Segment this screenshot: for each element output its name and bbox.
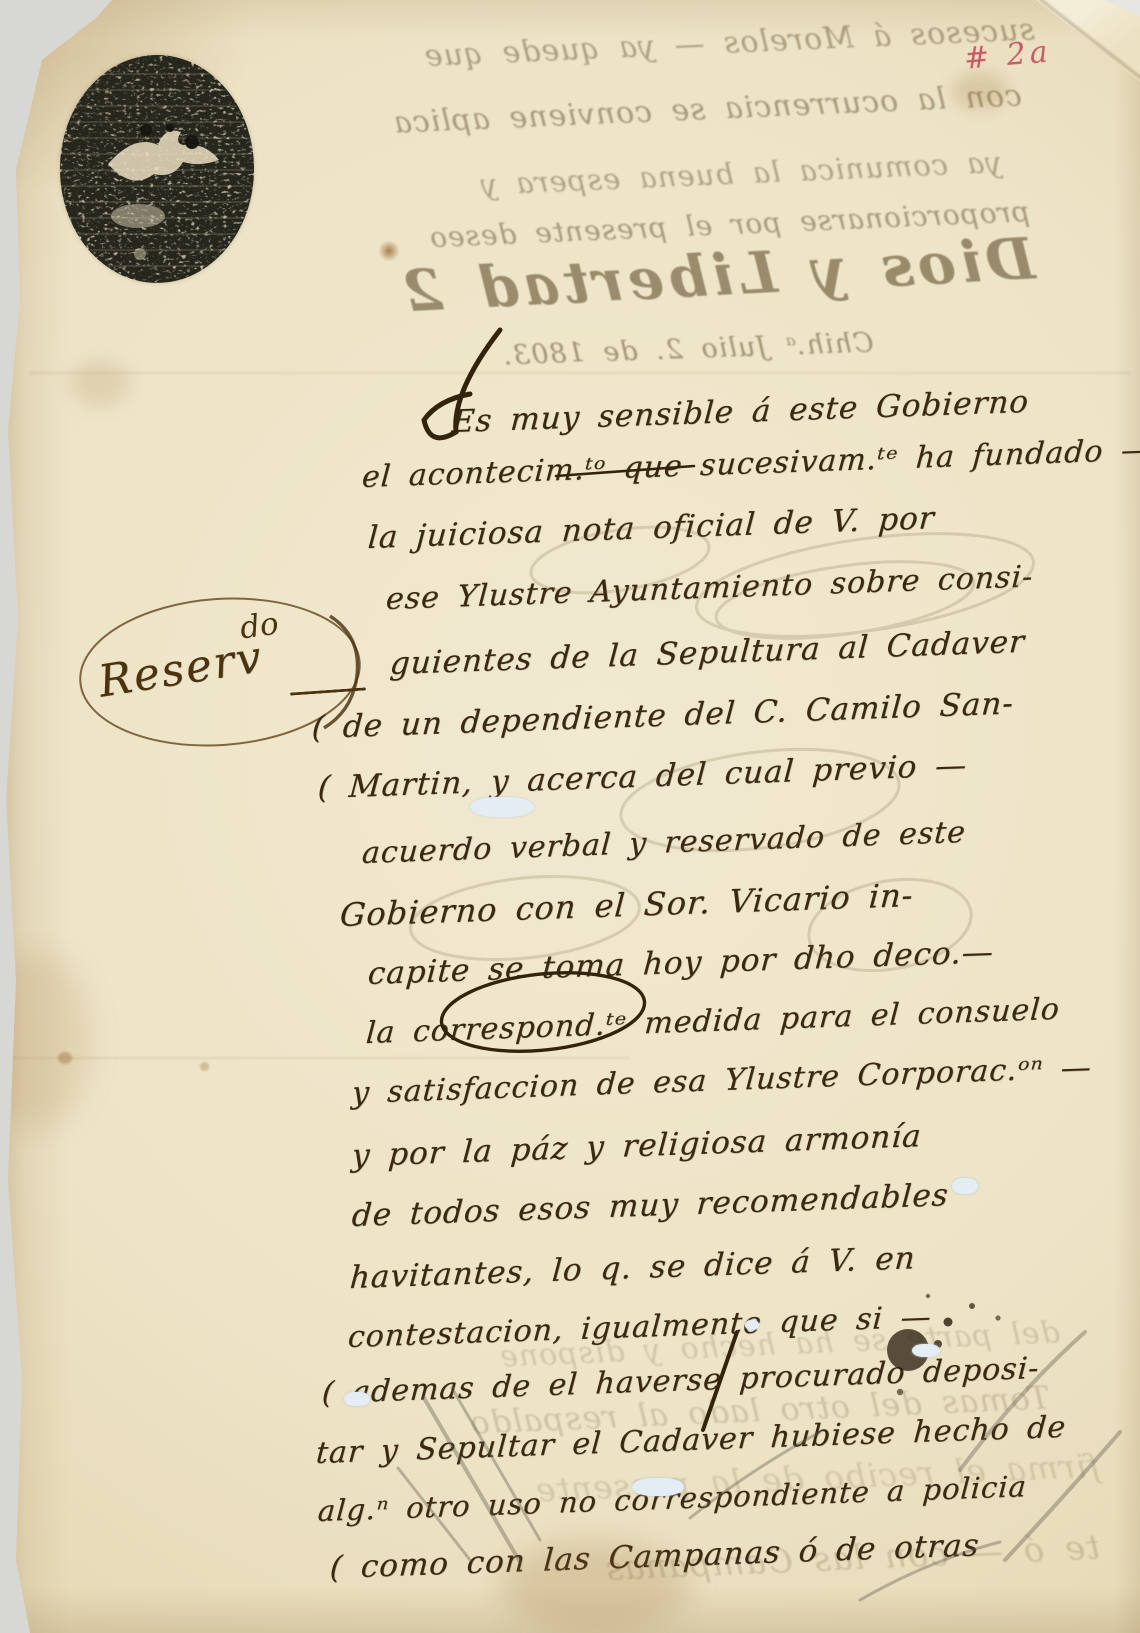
paper-damage-speck <box>344 1392 370 1406</box>
paper-sheet: # 2a sucesos á Morelos — ya quede quecon… <box>0 0 1140 1633</box>
manuscript-line: acuerdo verbal y reservado de este <box>361 815 967 871</box>
paper-damage-speck <box>632 1478 684 1496</box>
manuscript-line: la juiciosa nota oficial de V. por <box>367 500 936 556</box>
manuscript-line: y por la páz y religiosa armonía <box>351 1118 923 1174</box>
fold-crease-line <box>30 372 1130 374</box>
bleedthrough-line: ya comunica la buena espera y <box>402 145 1003 205</box>
manuscript-line: Es muy sensible á este Gobierno <box>451 384 1031 440</box>
reservado-superscript: do <box>238 605 281 646</box>
manuscript-line: guientes de la Sepultura al Cadaver <box>389 624 1026 682</box>
bleedthrough-line: con la ocurrencia se conviene aplica <box>392 78 1023 140</box>
manuscript-line: capite se toma hoy por dho deco.— <box>367 934 995 992</box>
manuscript-line: la correspond.ᵗᵉ medida para el consuelo <box>365 992 1061 1051</box>
paper-damage-speck <box>745 1320 759 1330</box>
foxing-stain <box>0 950 90 1130</box>
paper-damage-speck <box>470 797 534 817</box>
fold-crease-line <box>10 1057 630 1059</box>
manuscript-line: havitantes, lo q. se dice á V. en <box>349 1240 917 1296</box>
manuscript-line: ese Ylustre Ayuntamiento sobre consi- <box>385 559 1035 617</box>
bleedthrough-date-line: Chih.ᵃ Julio 2. de 1803. <box>408 324 969 375</box>
folded-corner <box>1036 0 1140 82</box>
manuscript-line: de todos esos muy recomendables <box>351 1177 950 1234</box>
scanned-document: # 2a sucesos á Morelos — ya quede quecon… <box>0 0 1140 1633</box>
paper-damage-speck <box>912 1344 940 1357</box>
manuscript-line: ( Martin, y acerca del cual previo — <box>317 747 969 806</box>
foxing-dot <box>200 1062 209 1071</box>
manuscript-line: y satisfaccion de esa Ylustre Corporac.ᵒ… <box>351 1050 1093 1111</box>
manuscript-line: Gobierno con el Sor. Vicario in- <box>339 876 915 934</box>
reservado-label: Reserv <box>95 631 267 707</box>
bleedthrough-line: sucesos á Morelos — ya quede que <box>405 12 1036 74</box>
eagle-ink-stamp <box>50 46 268 294</box>
foxing-stain <box>70 360 130 406</box>
reservado-dash <box>290 687 366 695</box>
manuscript-line: el acontecim.ᵗᵒ que sucesivam.ᵗᵉ ha fund… <box>361 432 1140 495</box>
paper-damage-speck <box>952 1178 978 1194</box>
manuscript-line: ( de un dependiente del C. Camilo San- <box>311 685 1015 746</box>
